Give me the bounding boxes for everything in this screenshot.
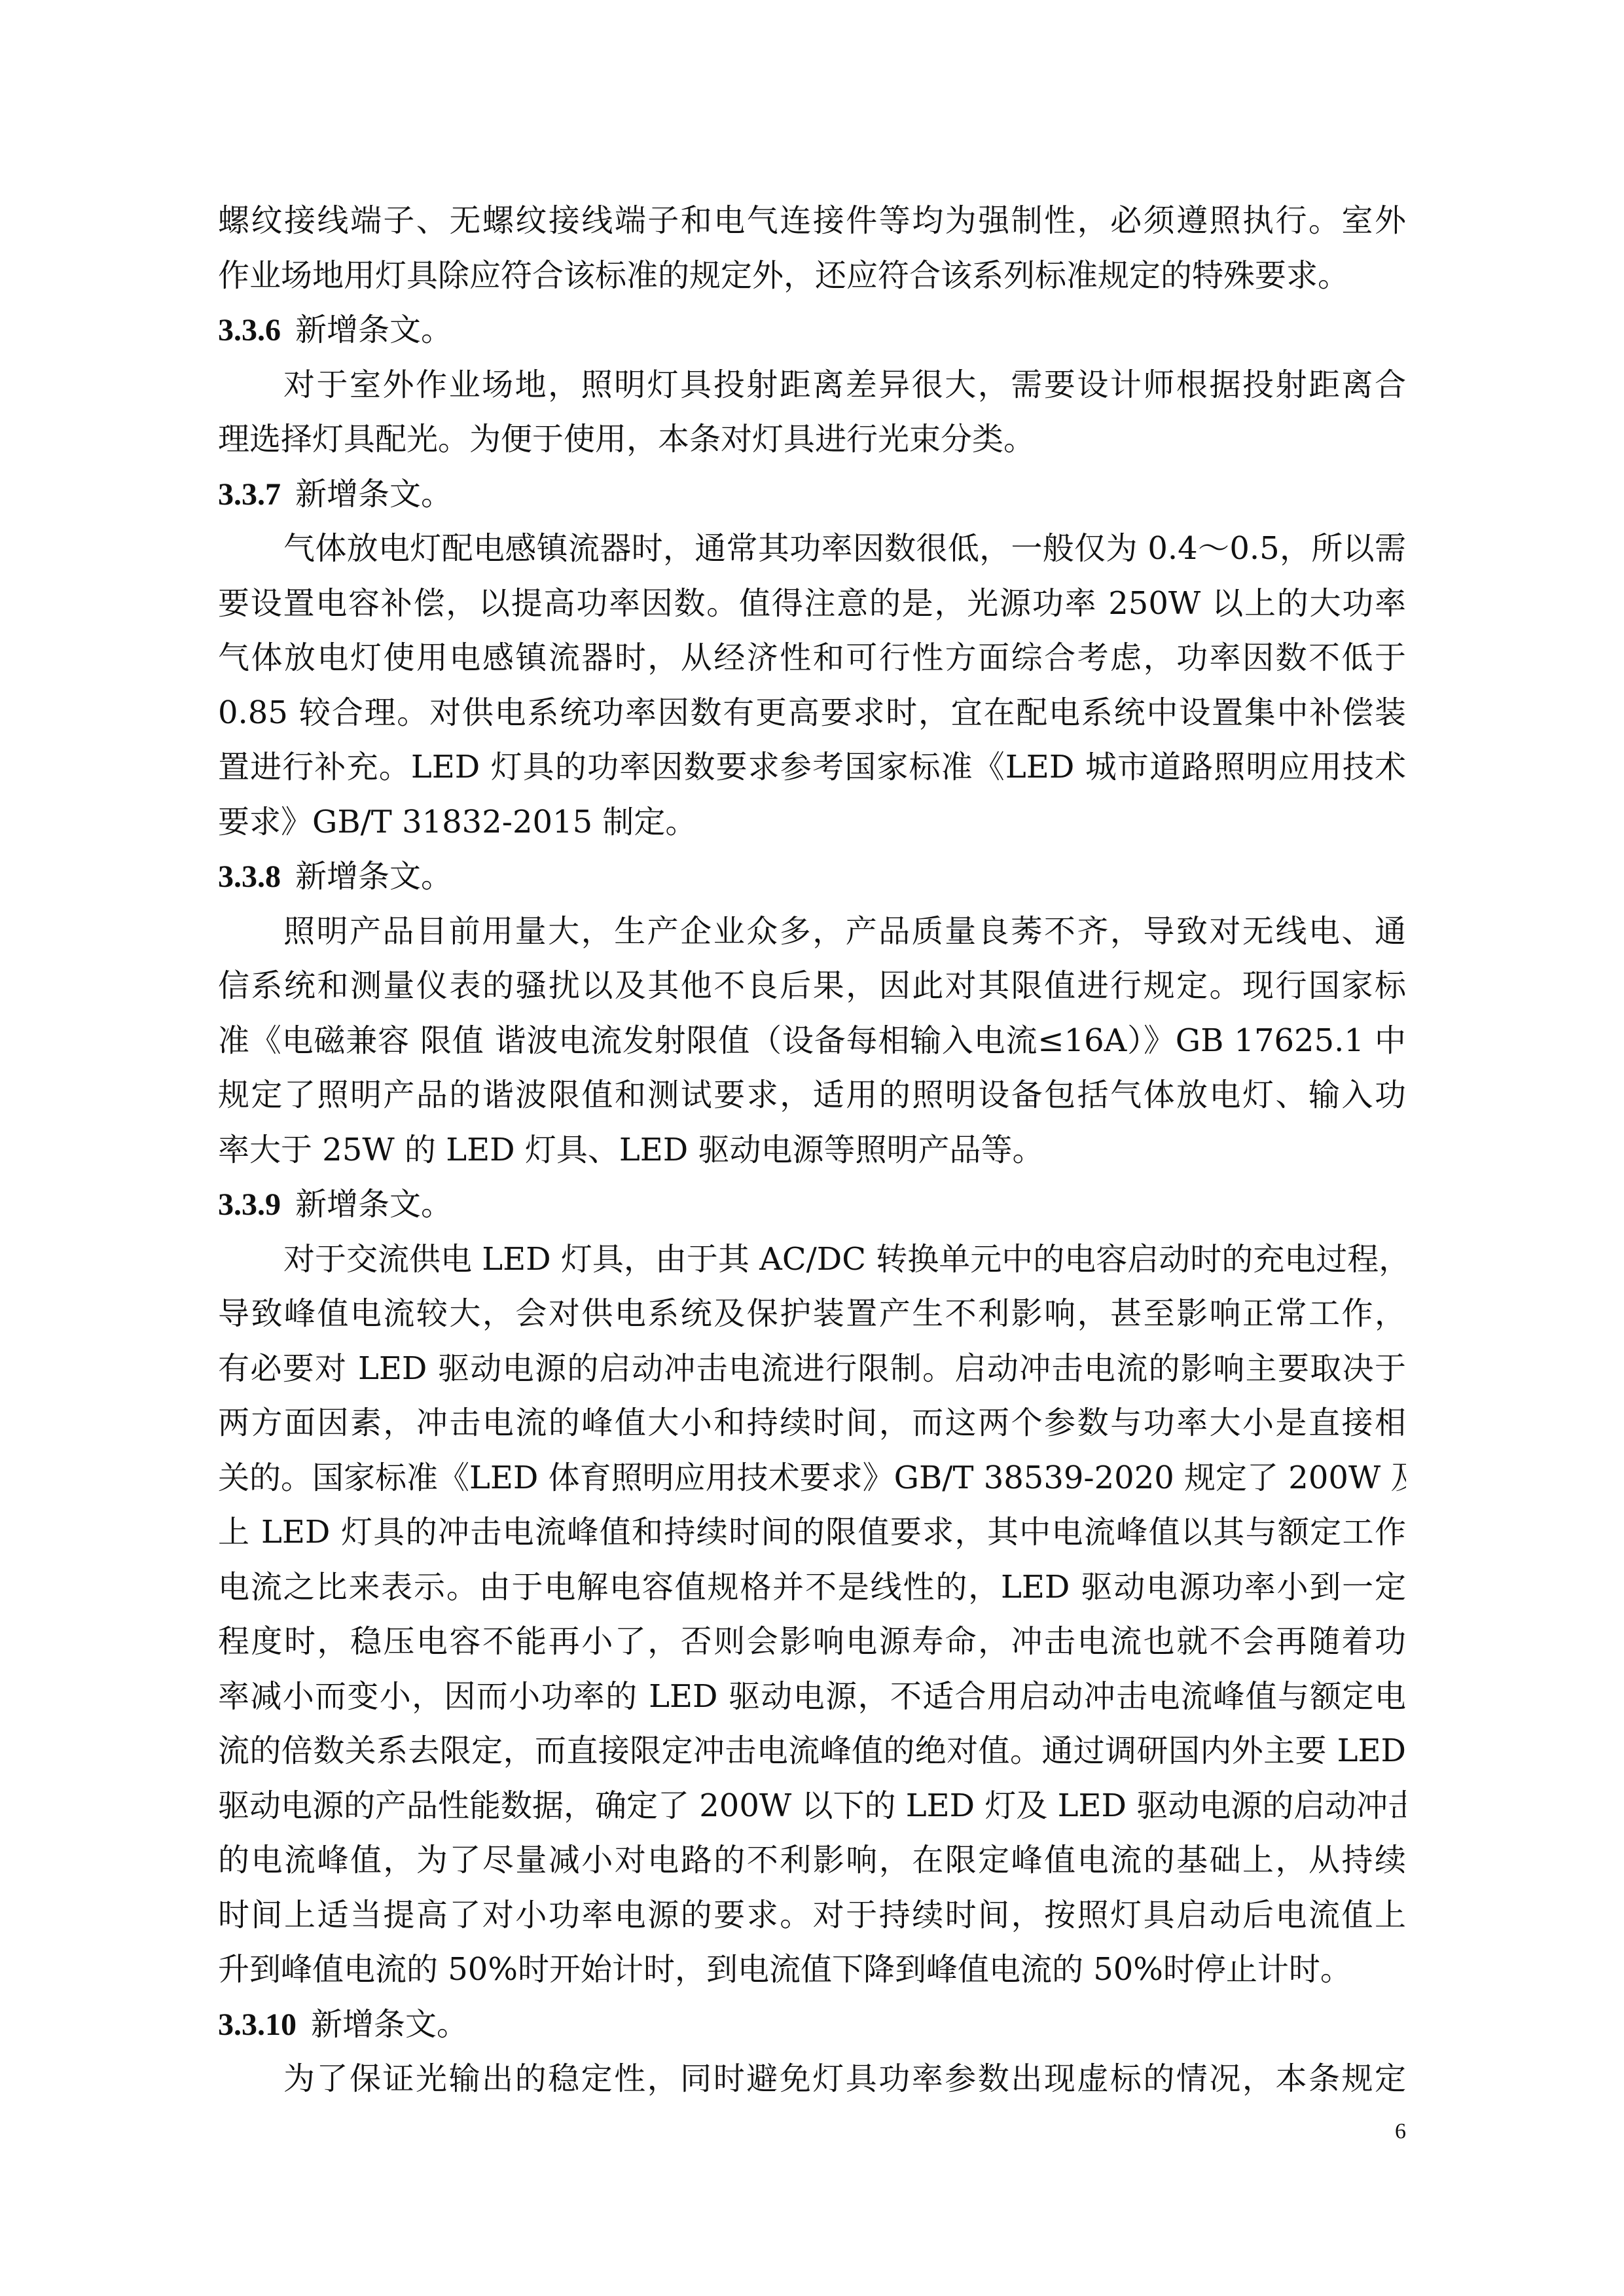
paragraph-line: 升到峰值电流的 50%时开始计时，到电流值下降到峰值电流的 50%时停止计时。 xyxy=(218,1943,1406,1998)
paragraph-line: 置进行补充。LED 灯具的功率因数要求参考国家标准《LED 城市道路照明应用技术 xyxy=(218,740,1406,795)
paragraph-line: 的电流峰值，为了尽量减小对电路的不利影响，在限定峰值电流的基础上，从持续 xyxy=(218,1833,1406,1888)
section-number: 3.3.9 xyxy=(218,1187,281,1222)
paragraph-line: 照明产品目前用量大，生产企业众多，产品质量良莠不齐，导致对无线电、通 xyxy=(218,905,1406,960)
page-number: 6 xyxy=(1375,2119,1406,2144)
section-number: 3.3.7 xyxy=(218,477,281,512)
paragraph-line: 流的倍数关系去限定，而直接限定冲击电流峰值的绝对值。通过调研国内外主要 LED xyxy=(218,1724,1406,1779)
paragraph-line: 螺纹接线端子、无螺纹接线端子和电气连接件等均为强制性，必须遵照执行。室外 xyxy=(218,194,1406,249)
paragraph-line: 导致峰值电流较大，会对供电系统及保护装置产生不利影响，甚至影响正常工作， xyxy=(218,1287,1406,1342)
section-title: 新增条文。 xyxy=(295,312,452,348)
paragraph-line: 气体放电灯配电感镇流器时，通常其功率因数很低，一般仅为 0.4～0.5，所以需 xyxy=(218,522,1406,577)
paragraph-line: 率减小而变小，因而小功率的 LED 驱动电源，不适合用启动冲击电流峰值与额定电 xyxy=(218,1670,1406,1725)
paragraph-line: 信系统和测量仪表的骚扰以及其他不良后果，因此对其限值进行规定。现行国家标 xyxy=(218,959,1406,1014)
paragraph-line: 对于交流供电 LED 灯具，由于其 AC/DC 转换单元中的电容启动时的充电过程… xyxy=(218,1232,1406,1287)
paragraph-line: 规定了照明产品的谐波限值和测试要求，适用的照明设备包括气体放电灯、输入功 xyxy=(218,1068,1406,1123)
section-title: 新增条文。 xyxy=(295,1186,452,1223)
section-title: 新增条文。 xyxy=(295,858,452,895)
section-number: 3.3.8 xyxy=(218,859,281,894)
paragraph-line: 上 LED 灯具的冲击电流峰值和持续时间的限值要求，其中电流峰值以其与额定工作 xyxy=(218,1505,1406,1560)
paragraph-line: 电流之比来表示。由于电解电容值规格并不是线性的，LED 驱动电源功率小到一定 xyxy=(218,1560,1406,1615)
paragraph-line: 作业场地用灯具除应符合该标准的规定外，还应符合该系列标准规定的特殊要求。 xyxy=(218,249,1406,304)
paragraph-line: 0.85 较合理。对供电系统功率因数有更高要求时，宜在配电系统中设置集中补偿装 xyxy=(218,686,1406,741)
section-heading: 3.3.10新增条文。 xyxy=(218,1998,1406,2053)
paragraph-line: 驱动电源的产品性能数据，确定了 200W 以下的 LED 灯及 LED 驱动电源… xyxy=(218,1779,1406,1834)
paragraph-line: 准《电磁兼容 限值 谐波电流发射限值（设备每相输入电流≤16A）》GB 1762… xyxy=(218,1014,1406,1069)
document-page: 螺纹接线端子、无螺纹接线端子和电气连接件等均为强制性，必须遵照执行。室外作业场地… xyxy=(0,0,1624,2296)
paragraph-line: 对于室外作业场地，照明灯具投射距离差异很大，需要设计师根据投射距离合 xyxy=(218,358,1406,413)
paragraph-line: 率大于 25W 的 LED 灯具、LED 驱动电源等照明产品等。 xyxy=(218,1123,1406,1178)
section-heading: 3.3.8新增条文。 xyxy=(218,850,1406,905)
section-title: 新增条文。 xyxy=(311,2006,468,2043)
paragraph-line: 气体放电灯使用电感镇流器时，从经济性和可行性方面综合考虑，功率因数不低于 xyxy=(218,631,1406,686)
paragraph-line: 要设置电容补偿，以提高功率因数。值得注意的是，光源功率 250W 以上的大功率 xyxy=(218,577,1406,632)
paragraph-line: 程度时，稳压电容不能再小了，否则会影响电源寿命，冲击电流也就不会再随着功 xyxy=(218,1615,1406,1670)
paragraph-line: 时间上适当提高了对小功率电源的要求。对于持续时间，按照灯具启动后电流值上 xyxy=(218,1888,1406,1943)
section-number: 3.3.10 xyxy=(218,2007,297,2042)
paragraph-line: 要求》GB/T 31832-2015 制定。 xyxy=(218,795,1406,850)
section-heading: 3.3.6新增条文。 xyxy=(218,303,1406,358)
paragraph-line: 有必要对 LED 驱动电源的启动冲击电流进行限制。启动冲击电流的影响主要取决于 xyxy=(218,1342,1406,1397)
paragraph-line: 为了保证光输出的稳定性，同时避免灯具功率参数出现虚标的情况，本条规定 xyxy=(218,2052,1406,2107)
section-heading: 3.3.7新增条文。 xyxy=(218,467,1406,522)
paragraph-line: 理选择灯具配光。为便于使用，本条对灯具进行光束分类。 xyxy=(218,412,1406,467)
section-number: 3.3.6 xyxy=(218,313,281,348)
section-title: 新增条文。 xyxy=(295,476,452,512)
paragraph-line: 两方面因素，冲击电流的峰值大小和持续时间，而这两个参数与功率大小是直接相 xyxy=(218,1396,1406,1451)
paragraph-line: 关的。国家标准《LED 体育照明应用技术要求》GB/T 38539-2020 规… xyxy=(218,1451,1406,1506)
text-column: 螺纹接线端子、无螺纹接线端子和电气连接件等均为强制性，必须遵照执行。室外作业场地… xyxy=(218,194,1406,2107)
section-heading: 3.3.9新增条文。 xyxy=(218,1177,1406,1232)
